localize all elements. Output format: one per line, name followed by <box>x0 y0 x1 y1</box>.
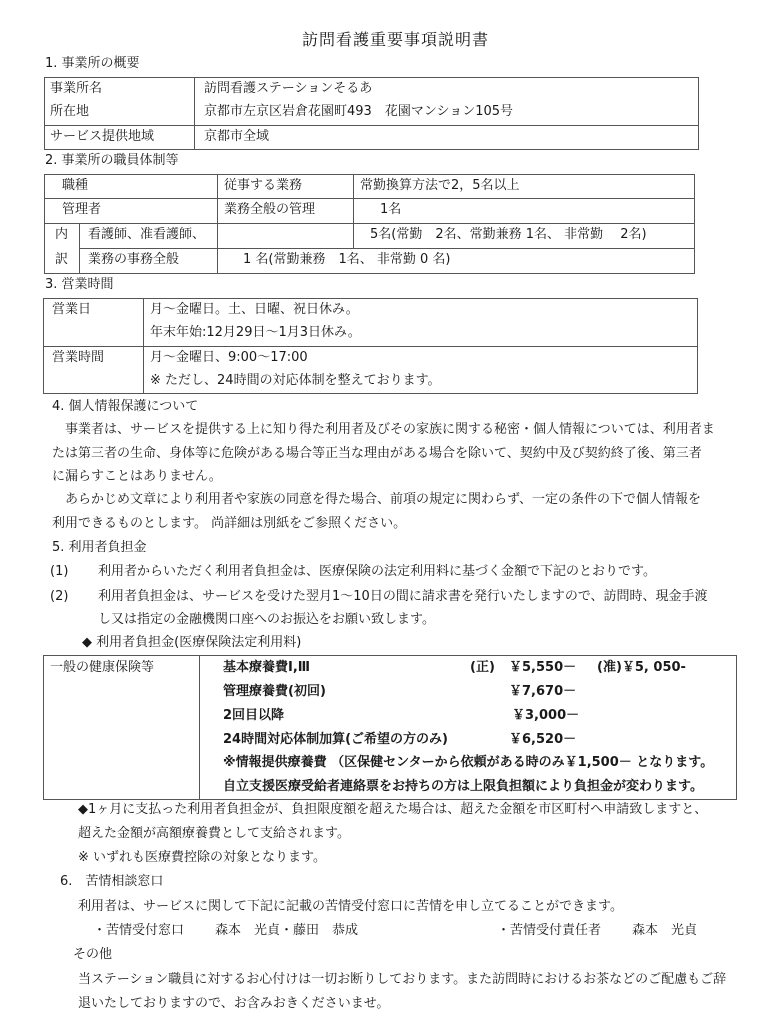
fee-row-label: 2回目以降 <box>223 707 284 725</box>
business-days-line1: 月～金曜日。土、日曜、祝日休み。 <box>150 301 359 319</box>
complaint-intro: 利用者は、サービスに関して下記に記載の苦情受付窓口に苦情を申し立てることができま… <box>78 898 623 916</box>
manager-duty: 業務全般の管理 <box>224 201 315 219</box>
complaint-manager-name: 森本 光貞 <box>632 922 697 940</box>
business-days-label: 営業日 <box>52 301 91 319</box>
other-heading: その他 <box>73 946 112 964</box>
nurse-label: 看護師、准看護師、 <box>88 226 205 244</box>
section2-heading: 2. 事業所の職員体制等 <box>45 152 179 170</box>
item2-text-line: し又は指定の金融機関口座へのお振込をお願い致します。 <box>98 611 435 629</box>
manager-count: 1名 <box>380 201 401 219</box>
privacy-paragraph-line: に漏らすことはありません。 <box>52 468 222 486</box>
section1-heading: 1. 事業所の概要 <box>45 55 140 73</box>
fee-category: 一般の健康保険等 <box>50 659 154 677</box>
fte-header: 常勤換算方法で2，5名以上 <box>360 177 520 195</box>
privacy-paragraph-line: あらかじめ文章により利用者や家族の同意を得た場合、前項の規定に関わらず、一定の条… <box>65 491 701 509</box>
item2-number: (2) <box>50 588 68 606</box>
section6-heading: 6. 苦情相談窓口 <box>60 873 163 891</box>
breakdown-label-top: 内 <box>55 226 68 244</box>
section4-heading: 4. 個人情報保護について <box>52 398 198 416</box>
business-hours-line1: 月～金曜日、9:00～17:00 <box>150 349 308 367</box>
complaint-manager-label: ・苦情受付責任者 <box>497 922 601 940</box>
fee-row-label: 24時間対応体制加算(ご希望の方のみ) <box>223 731 448 749</box>
business-hours-line2: ※ ただし、24時間の対応体制を整えております。 <box>150 372 441 390</box>
breakdown-label-bottom: 訳 <box>55 251 68 269</box>
section5-heading: 5. 利用者負担金 <box>52 539 147 557</box>
fee-row-label: 管理療養費(初回) <box>223 683 326 701</box>
fee-note-info: ※情報提供療養費 （区保健センターから依頼がある時のみ￥1,500－ となります… <box>223 754 713 772</box>
office-staff-count: 1 名(常勤兼務 1名、 非常勤 0 名) <box>243 251 451 269</box>
business-hours-label: 営業時間 <box>52 349 104 367</box>
fee-row-extra: (准)￥5, 050- <box>597 659 686 677</box>
section3-heading: 3. 営業時間 <box>45 276 114 294</box>
item1-number: (1) <box>50 563 68 581</box>
privacy-paragraph-line: たは第三者の生命、身体等に危険がある場合等正当な理由がある場合を除いて、契約中及… <box>52 445 702 463</box>
office-name-label: 事業所名 <box>50 80 102 98</box>
high-cost-note-line: 超えた金額が高額療養費として支給されます。 <box>78 825 350 843</box>
office-staff-label: 業務の事務全般 <box>88 251 179 269</box>
duty-header: 従事する業務 <box>224 177 302 195</box>
office-name-value: 訪問看護ステーションそるあ <box>204 80 372 98</box>
job-type-header: 職種 <box>62 177 88 195</box>
fee-row-prefix: (正) <box>470 659 495 677</box>
manager-label: 管理者 <box>62 201 101 219</box>
item1-text: 利用者からいただく利用者負担金は、医療保険の法定利用料に基づく金額で下記のとおり… <box>98 563 656 581</box>
address-label: 所在地 <box>50 103 89 121</box>
complaint-window-names: 森本 光貞・藤田 恭成 <box>215 922 358 940</box>
other-text-line: 退いたしておりますので、お含みおきくださいませ。 <box>78 995 389 1013</box>
fee-note-support: 自立支援医療受給者連絡票をお持ちの方は上限負担額により負担金が変わります。 <box>223 778 703 796</box>
fee-row-amount: ￥6,520－ <box>509 731 576 749</box>
address-value: 京都市左京区岩倉花園町493 花園マンション105号 <box>204 103 513 121</box>
service-area-value: 京都市全域 <box>204 128 269 146</box>
fee-table-heading: ◆ 利用者負担金(医療保険法定利用料) <box>82 634 301 652</box>
high-cost-note-line: ◆1ヶ月に支払った利用者負担金が、負担限度額を超えた場合は、超えた金額を市区町村… <box>78 801 707 819</box>
nurse-count: 5名(常勤 2名、常勤兼務 1名、 非常勤 2名) <box>370 226 647 244</box>
business-days-line2: 年末年始:12月29日～1月3日休み。 <box>150 324 361 342</box>
complaint-window-label: ・苦情受付窓口 <box>93 922 184 940</box>
fee-row-amount: ￥7,670－ <box>509 683 576 701</box>
service-area-label: サービス提供地域 <box>50 128 154 146</box>
privacy-paragraph-line: 事業者は、サービスを提供する上に知り得た利用者及びその家族に関する秘密・個人情報… <box>65 421 715 439</box>
document-title: 訪問看護重要事項説明書 <box>302 31 489 49</box>
fee-row-label: 基本療養費Ⅰ,Ⅲ <box>223 659 310 677</box>
fee-row-amount: ￥3,000－ <box>512 707 579 725</box>
other-text-line: 当ステーション職員に対するお心付けは一切お断りしております。また訪問時におけるお… <box>78 971 726 989</box>
privacy-paragraph-line: 利用できるものとします。 尚詳細は別紙をご参照ください。 <box>52 515 406 533</box>
fee-row-amount: ￥5,550－ <box>509 659 576 677</box>
item2-text-line: 利用者負担金は、サービスを受けた翌月1～10日の間に請求書を発行いたしますので、… <box>98 588 708 606</box>
deduction-note: ※ いずれも医療費控除の対象となります。 <box>78 849 326 867</box>
